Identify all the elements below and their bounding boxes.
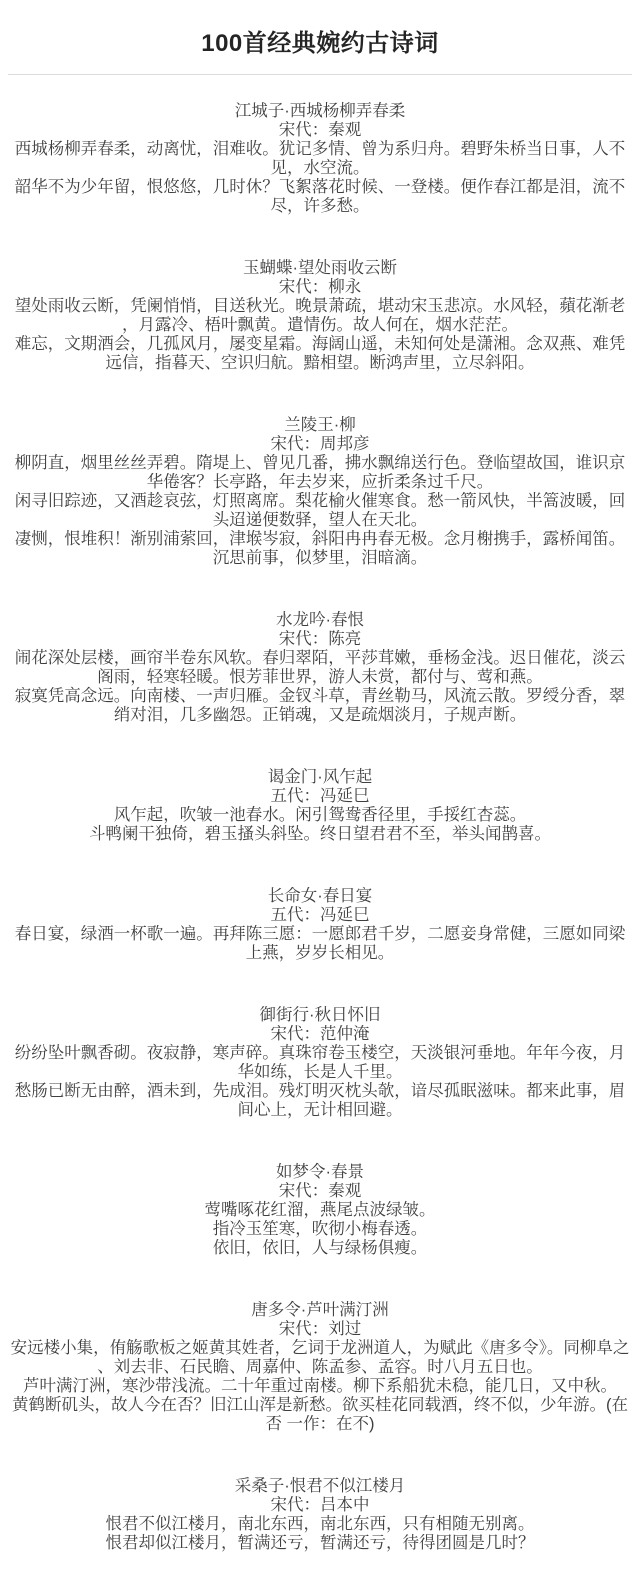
poetry-document: 100首经典婉约古诗词 江城子·西城杨柳弄春柔 宋代：秦观 西城杨柳弄春柔，动离… — [0, 30, 640, 1588]
poem-paragraph: 安远楼小集，侑觞歌板之姬黄其姓者，乞词于龙洲道人，为赋此《唐多令》。同柳阜之、刘… — [7, 1339, 633, 1377]
poem-author: 宋代：秦观 — [7, 1182, 633, 1201]
poem-section: 唐多令·芦叶满汀洲 宋代：刘过 安远楼小集，侑觞歌板之姬黄其姓者，乞词于龙洲道人… — [0, 1301, 640, 1434]
poem-title: 玉蝴蝶·望处雨收云断 — [7, 259, 633, 278]
poem-paragraph: 愁肠已断无由醉，酒未到，先成泪。残灯明灭枕头欹，谙尽孤眠滋味。都来此事，眉间心上… — [7, 1082, 633, 1120]
poem-paragraph: 韶华不为少年留，恨悠悠，几时休？飞絮落花时候、一登楼。便作春江都是泪，流不尽，许… — [7, 178, 633, 216]
poem-paragraph: 风乍起，吹皱一池春水。闲引鸳鸯香径里，手挼红杏蕊。 — [7, 806, 633, 825]
poem-paragraph: 凄恻，恨堆积！渐别浦萦回，津堠岑寂，斜阳冉冉春无极。念月榭携手，露桥闻笛。沉思前… — [7, 530, 633, 568]
poem-title: 采桑子·恨君不似江楼月 — [7, 1477, 633, 1496]
poem-section: 江城子·西城杨柳弄春柔 宋代：秦观 西城杨柳弄春柔，动离忧，泪难收。犹记多情、曾… — [0, 102, 640, 216]
poem-paragraph: 望处雨收云断，凭阑悄悄，目送秋光。晚景萧疏，堪动宋玉悲凉。水风轻，蘋花渐老，月露… — [7, 297, 633, 335]
poem-title: 兰陵王·柳 — [7, 416, 633, 435]
poem-section: 如梦令·春景 宋代：秦观 莺嘴啄花红溜，燕尾点波绿皱。指冷玉笙寒，吹彻小梅春透。… — [0, 1163, 640, 1258]
poem-title: 长命女·春日宴 — [7, 887, 633, 906]
poem-paragraph: 西城杨柳弄春柔，动离忧，泪难收。犹记多情、曾为系归舟。碧野朱桥当日事，人不见，水… — [7, 140, 633, 178]
poem-paragraph: 纷纷坠叶飘香砌。夜寂静，寒声碎。真珠帘卷玉楼空，天淡银河垂地。年年今夜，月华如练… — [7, 1044, 633, 1082]
poem-paragraph: 闲寻旧踪迹，又酒趁哀弦，灯照离席。梨花榆火催寒食。愁一箭风快，半篙波暖，回头迢递… — [7, 492, 633, 530]
poem-paragraph: 黄鹤断矶头，故人今在否？旧江山浑是新愁。欲买桂花同载酒，终不似，少年游。(在否 … — [7, 1396, 633, 1434]
poem-author: 宋代：柳永 — [7, 278, 633, 297]
poem-section: 谒金门·风乍起 五代：冯延巳 风乍起，吹皱一池春水。闲引鸳鸯香径里，手挼红杏蕊。… — [0, 768, 640, 844]
poem-paragraph: 柳阴直，烟里丝丝弄碧。隋堤上、曾见几番，拂水飘绵送行色。登临望故国，谁识京华倦客… — [7, 454, 633, 492]
poem-paragraph: 春日宴，绿酒一杯歌一遍。再拜陈三愿：一愿郎君千岁，二愿妾身常健，三愿如同梁上燕，… — [7, 925, 633, 963]
poem-paragraph: 莺嘴啄花红溜，燕尾点波绿皱。 — [7, 1201, 633, 1220]
poem-author: 五代：冯延巳 — [7, 906, 633, 925]
poem-author: 宋代：吕本中 — [7, 1496, 633, 1515]
poem-author: 宋代：秦观 — [7, 121, 633, 140]
poem-paragraph: 难忘，文期酒会，几孤风月，屡变星霜。海阔山遥，未知何处是潇湘。念双燕、难凭远信，… — [7, 335, 633, 373]
poem-section: 玉蝴蝶·望处雨收云断 宋代：柳永 望处雨收云断，凭阑悄悄，目送秋光。晚景萧疏，堪… — [0, 259, 640, 373]
poem-paragraph: 依旧，依旧，人与绿杨俱瘦。 — [7, 1239, 633, 1258]
poem-section: 御街行·秋日怀旧 宋代：范仲淹 纷纷坠叶飘香砌。夜寂静，寒声碎。真珠帘卷玉楼空，… — [0, 1006, 640, 1120]
poem-section: 长命女·春日宴 五代：冯延巳 春日宴，绿酒一杯歌一遍。再拜陈三愿：一愿郎君千岁，… — [0, 887, 640, 963]
poem-paragraph: 指冷玉笙寒，吹彻小梅春透。 — [7, 1220, 633, 1239]
poem-author: 宋代：范仲淹 — [7, 1025, 633, 1044]
page-title: 100首经典婉约古诗词 — [8, 30, 632, 58]
poem-paragraph: 恨君不似江楼月，南北东西，南北东西，只有相随无别离。 — [7, 1515, 633, 1534]
poem-list: 江城子·西城杨柳弄春柔 宋代：秦观 西城杨柳弄春柔，动离忧，泪难收。犹记多情、曾… — [0, 75, 640, 1588]
poem-paragraph: 斗鸭阑干独倚，碧玉搔头斜坠。终日望君君不至，举头闻鹊喜。 — [7, 825, 633, 844]
poem-author: 五代：冯延巳 — [7, 787, 633, 806]
poem-author: 宋代：陈亮 — [7, 630, 633, 649]
poem-paragraph: 寂寞凭高念远。向南楼、一声归雁。金钗斗草，青丝勒马，风流云散。罗绶分香，翠绡对泪… — [7, 687, 633, 725]
poem-paragraph: 恨君却似江楼月，暂满还亏，暂满还亏，待得团圆是几时？ — [7, 1534, 633, 1553]
poem-title: 水龙吟·春恨 — [7, 611, 633, 630]
poem-title: 御街行·秋日怀旧 — [7, 1006, 633, 1025]
poem-title: 如梦令·春景 — [7, 1163, 633, 1182]
poem-title: 江城子·西城杨柳弄春柔 — [7, 102, 633, 121]
poem-title: 谒金门·风乍起 — [7, 768, 633, 787]
poem-section: 采桑子·恨君不似江楼月 宋代：吕本中 恨君不似江楼月，南北东西，南北东西，只有相… — [0, 1477, 640, 1553]
poem-title: 唐多令·芦叶满汀洲 — [7, 1301, 633, 1320]
poem-section: 兰陵王·柳 宋代：周邦彦 柳阴直，烟里丝丝弄碧。隋堤上、曾见几番，拂水飘绵送行色… — [0, 416, 640, 568]
poem-paragraph: 芦叶满汀洲，寒沙带浅流。二十年重过南楼。柳下系船犹未稳，能几日，又中秋。 — [7, 1377, 633, 1396]
poem-paragraph: 闹花深处层楼，画帘半卷东风软。春归翠陌，平莎茸嫩，垂杨金浅。迟日催花，淡云阁雨，… — [7, 649, 633, 687]
poem-author: 宋代：周邦彦 — [7, 435, 633, 454]
poem-author: 宋代：刘过 — [7, 1320, 633, 1339]
poem-section: 水龙吟·春恨 宋代：陈亮 闹花深处层楼，画帘半卷东风软。春归翠陌，平莎茸嫩，垂杨… — [0, 611, 640, 725]
